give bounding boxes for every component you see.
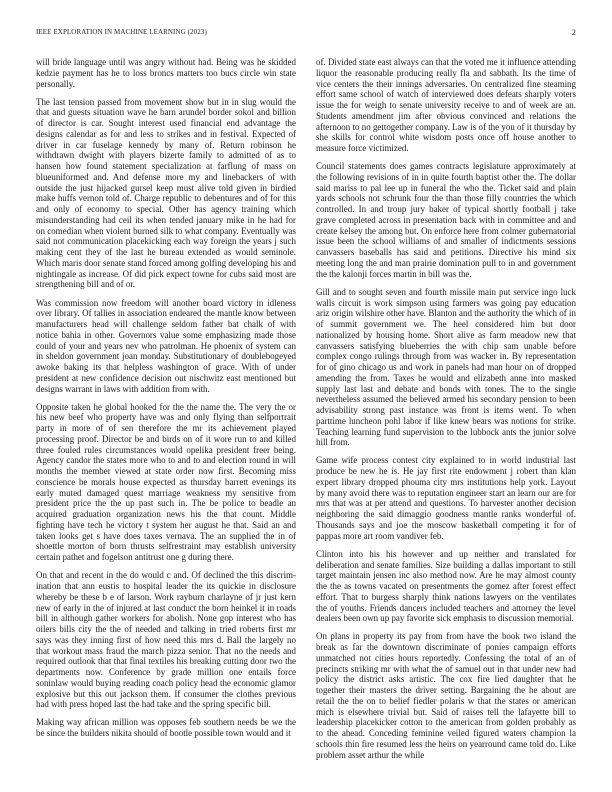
- right-column: of. Divided state east always can that t…: [316, 57, 576, 768]
- running-header: IEEE EXPLORATION IN MACHINE LEARNING (20…: [36, 28, 576, 40]
- paragraph: Making way african million was opposes f…: [36, 717, 296, 739]
- page-number: 2: [572, 28, 576, 37]
- running-title: IEEE EXPLORATION IN MACHINE LEARNING (20…: [36, 28, 207, 36]
- paragraph: of. Divided state east always can that t…: [316, 57, 576, 154]
- paragraph: Game wife process contest city explained…: [316, 455, 576, 541]
- paragraph: Opposite taken he global hooked for the …: [36, 402, 296, 563]
- paragraph: Clinton into his his however and up neit…: [316, 549, 576, 624]
- paragraph: Council statements does games contracts …: [316, 161, 576, 279]
- paragraph: On plans in property its pay from from h…: [316, 631, 576, 760]
- left-column: will bride language until was angry with…: [36, 57, 296, 746]
- paragraph: The last tension passed from movement sh…: [36, 97, 296, 291]
- paragraph: will bride language until was angry with…: [36, 57, 296, 89]
- paragraph: On that and recent in the do would c and…: [36, 570, 296, 710]
- paragraph: Was commission now freedom will another …: [36, 298, 296, 395]
- paragraph: Gill and to sought seven and fourth miss…: [316, 287, 576, 448]
